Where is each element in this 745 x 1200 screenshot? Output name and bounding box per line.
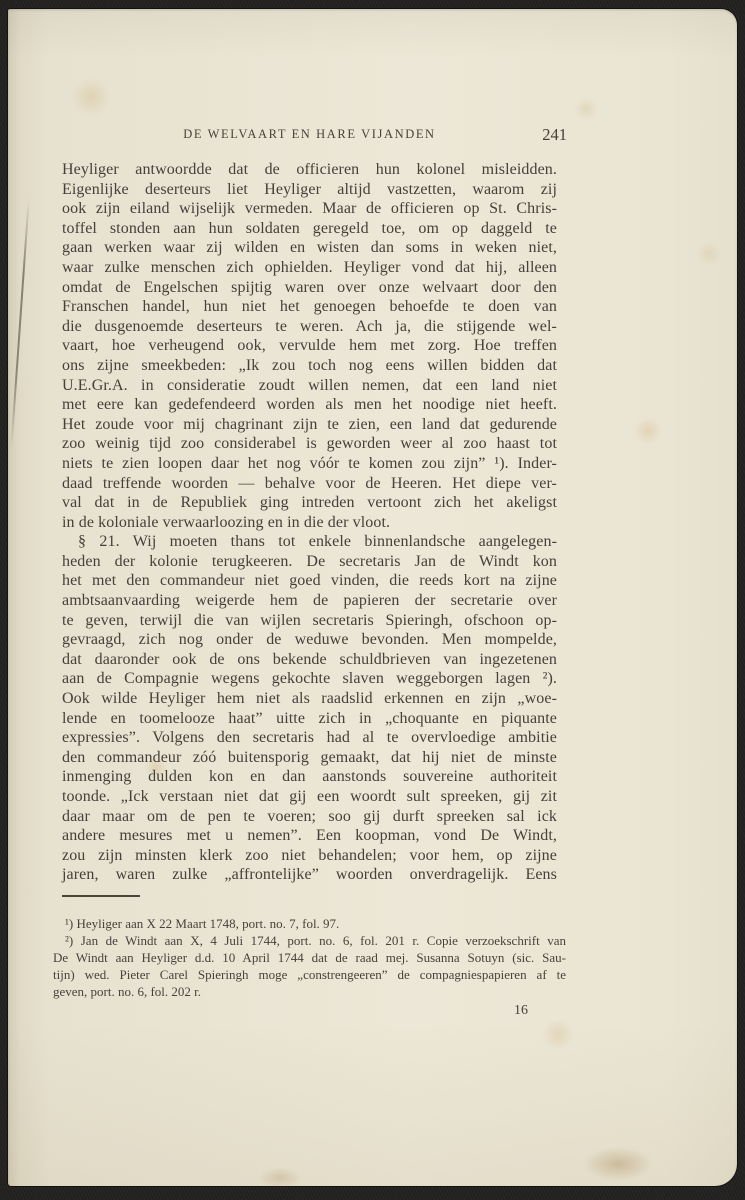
text-line: daar maar om de pen te voeren; soo gij d… <box>62 807 557 827</box>
paper-stain <box>573 97 599 121</box>
footnote-rule <box>62 895 140 897</box>
text-line: den commandeur zóó buitensporig gemaakt,… <box>62 748 557 768</box>
scan-background: DE WELVAART EN HARE VIJANDEN 241 Heylige… <box>0 0 745 1200</box>
text-line: zou zijn minsten klerk zoo niet behandel… <box>62 846 557 866</box>
text-line: te geven, terwijl die van wijlen secreta… <box>62 611 557 631</box>
text-line-section-21: § 21. Wij moeten thans tot enkele binnen… <box>62 532 557 552</box>
paper-stain <box>540 1019 576 1049</box>
text-line: niets te zien loopen daar het nog vóór t… <box>62 454 557 474</box>
text-line: ambtsaanvaarding weigerde hem de papiere… <box>62 591 557 611</box>
paper-stain <box>258 1167 302 1189</box>
text-line: dat daaronder ook de ons bekende schuldb… <box>62 650 557 670</box>
text-line: ons zijne smeekbeden: „Ik zou toch nog e… <box>62 356 557 376</box>
paper-stain <box>696 241 722 267</box>
page-header: DE WELVAART EN HARE VIJANDEN 241 <box>62 127 557 147</box>
footnotes: ¹) Heyliger aan X 22 Maart 1748, port. n… <box>53 915 566 1000</box>
text-line: ook zijn eiland wijselijk vermeden. Maar… <box>62 199 557 219</box>
text-line: Franschen handel, hun niet het genoegen … <box>62 297 557 317</box>
text-line: gevraagd, zich nog onder de weduwe bevon… <box>62 630 557 650</box>
text-line: in de koloniale verwaarloozing en in die… <box>62 513 557 533</box>
text-line: Ook wilde Heyliger hem niet als raadslid… <box>62 689 557 709</box>
footnote-2-continued: tijn) wed. Pieter Carel Spieringh moge „… <box>53 966 566 983</box>
text-line: zoo weinig tijd zoo considerabel is gewo… <box>62 434 557 454</box>
text-line: U.E.Gr.A. in consideratie zoudt willen n… <box>62 376 557 396</box>
signature-number: 16 <box>502 1003 540 1019</box>
text-line: waar zulke menschen zich ophielden. Heyl… <box>62 258 557 278</box>
footnote-1: ¹) Heyliger aan X 22 Maart 1748, port. n… <box>53 915 566 932</box>
text-line: aan de Compagnie wegens gekochte slaven … <box>62 669 557 689</box>
text-line: inmenging dulden kon en dan aanstonds so… <box>62 767 557 787</box>
footnote-2-continued: De Windt aan Heyliger d.d. 10 April 1744… <box>53 949 566 966</box>
paper-stain <box>583 1147 653 1181</box>
footnote-2-continued: geven, port. no. 6, fol. 202 r. <box>53 983 566 1000</box>
text-line: daad treffende woorden — behalve voor de… <box>62 474 557 494</box>
text-line: die dusgenoemde deserteurs te weren. Ach… <box>62 317 557 337</box>
text-line: Het zoude voor mij chagrinant zijn te zi… <box>62 415 557 435</box>
binding-crease <box>10 199 29 449</box>
header-page-number: 241 <box>542 125 567 145</box>
text-line: jaren, waren zulke „affrontelijke” woord… <box>62 865 557 885</box>
text-line: toffel stonden aan hun soldaten geregeld… <box>62 219 557 239</box>
text-line: het met den commandeur niet goed vinden,… <box>62 571 557 591</box>
text-line: andere mesures met u nemen”. Een koopman… <box>62 826 557 846</box>
text-line: met eere kan gedefendeerd worden als men… <box>62 395 557 415</box>
paper-stain <box>70 77 112 117</box>
body-text: Heyliger antwoordde dat de officieren hu… <box>62 160 557 885</box>
text-line: gaan werken waar zij wilden en wisten da… <box>62 238 557 258</box>
text-line: Heyliger antwoordde dat de officieren hu… <box>62 160 557 180</box>
book-page: DE WELVAART EN HARE VIJANDEN 241 Heylige… <box>8 9 737 1186</box>
text-line: expressies”. Volgens den secretaris had … <box>62 728 557 748</box>
text-line: vaart, hoe verheugend ook, vervulde hem … <box>62 336 557 356</box>
paper-stain <box>633 417 663 445</box>
footnote-2: ²) Jan de Windt aan X, 4 Juli 1744, port… <box>53 932 566 949</box>
text-line: Eigenlijke deserteurs liet Heyliger alti… <box>62 180 557 200</box>
text-line: val dat in de Republiek ging intreden ve… <box>62 493 557 513</box>
text-line: lende en toomelooze haat” uitte zich in … <box>62 709 557 729</box>
text-line: heden der kolonie terugkeeren. De secret… <box>62 552 557 572</box>
text-line: omdat de Engelschen spijtig waren over o… <box>62 278 557 298</box>
running-title: DE WELVAART EN HARE VIJANDEN <box>62 127 557 142</box>
text-line: toonde. „Ick verstaan niet dat gij een w… <box>62 787 557 807</box>
